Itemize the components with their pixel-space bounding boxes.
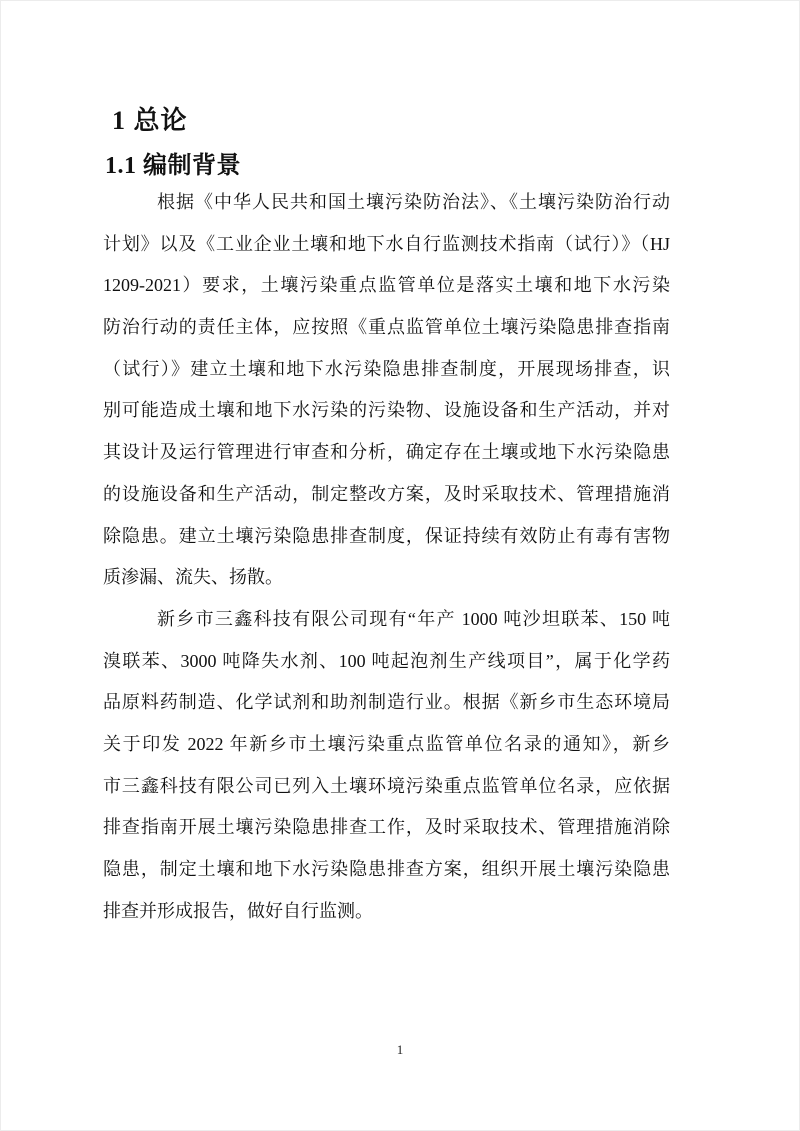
text-line: 隐患，制定土壤和地下水污染隐患排查方案，组织开展土壤污染隐患	[103, 849, 670, 891]
page-number: 1	[0, 1042, 800, 1058]
text-line: 其设计及运行管理进行审查和分析，确定存在土壤或地下水污染隐患	[103, 432, 670, 474]
paragraph: 新乡市三鑫科技有限公司现有“年产 1000 吨沙坦联苯、150 吨溴联苯、300…	[103, 599, 670, 933]
text-line: 溴联苯、3000 吨降失水剂、100 吨起泡剂生产线项目”，属于化学药	[103, 641, 670, 683]
text-line: 排查指南开展土壤污染隐患排查工作，及时采取技术、管理措施消除	[103, 807, 670, 849]
subsection-heading: 1.1 编制背景	[105, 145, 241, 180]
text-line: 根据《中华人民共和国土壤污染防治法》、《土壤污染防治行动	[103, 182, 670, 224]
text-line: 除隐患。建立土壤污染隐患排查制度，保证持续有效防止有毒有害物	[103, 516, 670, 558]
text-line: 排查并形成报告，做好自行监测。	[103, 891, 670, 933]
text-line: 品原料药制造、化学试剂和助剂制造行业。根据《新乡市生态环境局	[103, 682, 670, 724]
text-line: （试行）》建立土壤和地下水污染隐患排查制度，开展现场排查，识	[103, 349, 670, 391]
text-line: 1209-2021）要求，土壤污染重点监管单位是落实土壤和地下水污染	[103, 265, 670, 307]
text-line: 关于印发 2022 年新乡市土壤污染重点监管单位名录的通知》，新乡	[103, 724, 670, 766]
text-line: 质渗漏、流失、扬散。	[103, 557, 670, 599]
document-page: 1 总论 1.1 编制背景 根据《中华人民共和国土壤污染防治法》、《土壤污染防治…	[0, 0, 800, 1131]
text-line: 新乡市三鑫科技有限公司现有“年产 1000 吨沙坦联苯、150 吨	[103, 599, 670, 641]
text-line: 防治行动的责任主体，应按照《重点监管单位土壤污染隐患排查指南	[103, 307, 670, 349]
text-line: 别可能造成土壤和地下水污染的污染物、设施设备和生产活动，并对	[103, 390, 670, 432]
paragraph: 根据《中华人民共和国土壤污染防治法》、《土壤污染防治行动计划》以及《工业企业土壤…	[103, 182, 670, 599]
text-line: 计划》以及《工业企业土壤和地下水自行监测技术指南（试行）》（HJ	[103, 224, 670, 266]
text-line: 的设施设备和生产活动，制定整改方案，及时采取技术、管理措施消	[103, 474, 670, 516]
text-line: 市三鑫科技有限公司已列入土壤环境污染重点监管单位名录，应依据	[103, 766, 670, 808]
body-text: 根据《中华人民共和国土壤污染防治法》、《土壤污染防治行动计划》以及《工业企业土壤…	[103, 182, 670, 932]
section-heading: 1 总论	[112, 100, 188, 137]
